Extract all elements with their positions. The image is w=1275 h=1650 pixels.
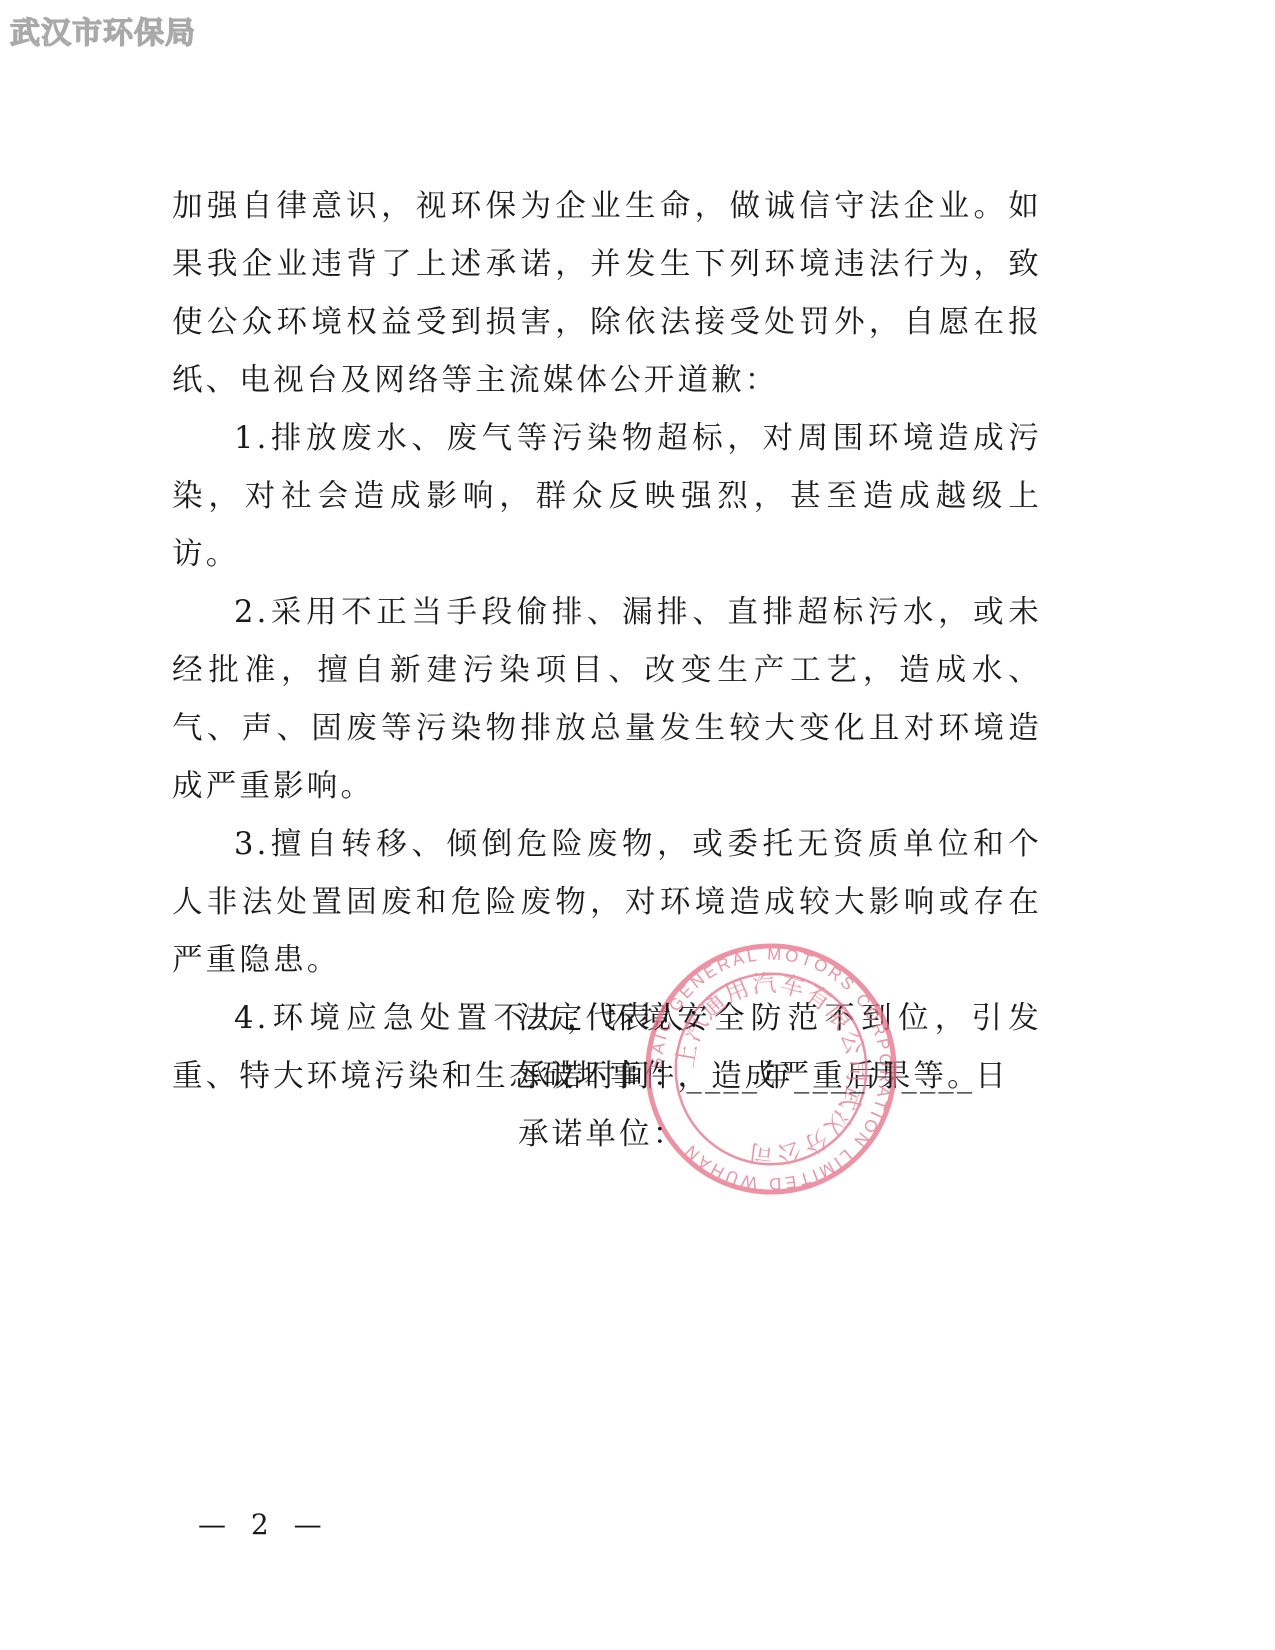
paragraph-item-3: 3.擅自转移、倾倒危险废物，或委托无资质单位和个人非法处置固废和危险废物，对环境… xyxy=(172,816,1042,990)
page-number: — 2 — xyxy=(198,1508,330,1541)
paragraph-item-2: 2.采用不正当手段偷排、漏排、直排超标污水，或未经批准，擅自新建污染项目、改变生… xyxy=(172,584,1042,816)
legal-rep-line: 法定代表人： xyxy=(518,990,1009,1048)
signature-block: 法定代表人： 承诺时间：____年____月____日 承诺单位： xyxy=(518,990,1009,1164)
paragraph-item-1: 1.排放废水、废气等污染物超标，对周围环境造成污染，对社会造成影响，群众反映强烈… xyxy=(172,410,1042,584)
date-line: 承诺时间：____年____月____日 xyxy=(518,1048,1009,1106)
paragraph-intro: 加强自律意识，视环保为企业生命，做诚信守法企业。如果我企业违背了上述承诺，并发生… xyxy=(172,178,1042,410)
legal-rep-label: 法定代表人： xyxy=(518,1001,720,1036)
watermark-text: 武汉市环保局 xyxy=(10,8,196,52)
date-label: 承诺时间： xyxy=(518,1059,687,1094)
document-body: 加强自律意识，视环保为企业生命，做诚信守法企业。如果我企业违背了上述承诺，并发生… xyxy=(172,178,1042,1106)
unit-line: 承诺单位： xyxy=(518,1106,1009,1164)
date-value: ____年____月____日 xyxy=(687,1059,1010,1094)
unit-label: 承诺单位： xyxy=(518,1117,687,1152)
